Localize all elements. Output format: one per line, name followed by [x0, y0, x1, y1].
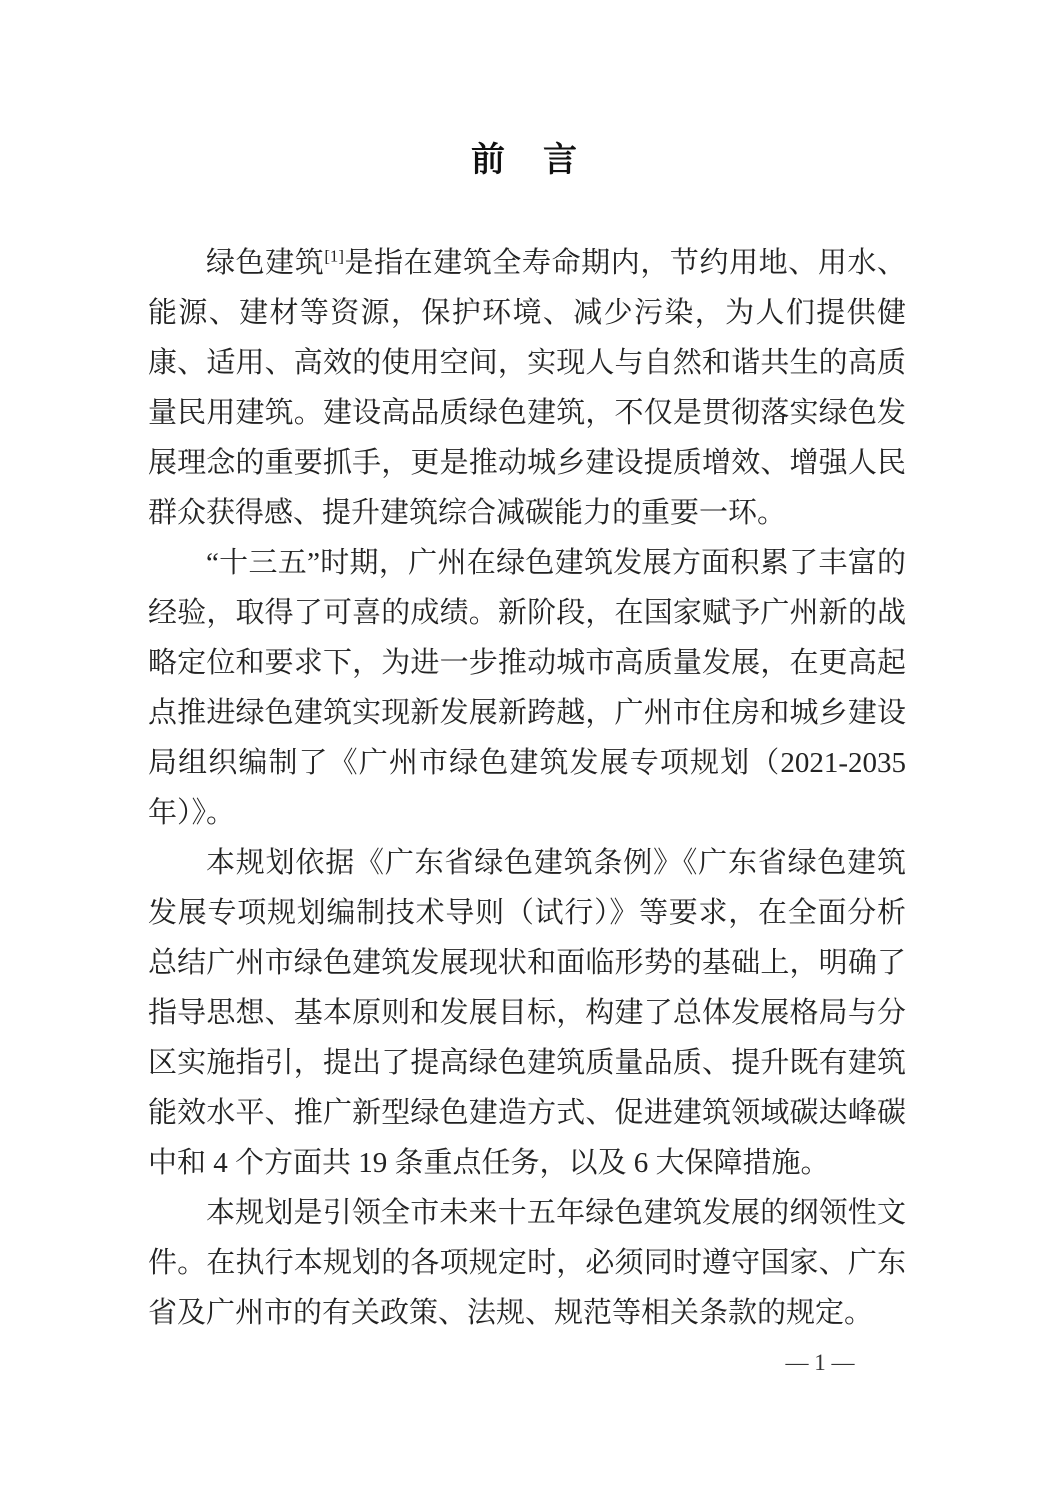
document-page: 前 言 绿色建筑[1]是指在建筑全寿命期内，节约用地、用水、能源、建材等资源，保…	[0, 0, 1050, 1485]
paragraph-definition-lead: 绿色建筑	[206, 247, 324, 279]
document-body: 绿色建筑[1]是指在建筑全寿命期内，节约用地、用水、能源、建材等资源，保护环境、…	[148, 238, 906, 1338]
paragraph-plan-scope: 本规划是引领全市未来十五年绿色建筑发展的纲领性文件。在执行本规划的各项规定时，必…	[148, 1188, 906, 1338]
footnote-reference-1: [1]	[324, 246, 344, 265]
paragraph-plan-basis: 本规划依据《广东省绿色建筑条例》《广东省绿色建筑发展专项规划编制技术导则（试行）…	[148, 838, 906, 1188]
page-number: — 1 —	[786, 1350, 855, 1376]
page-title: 前 言	[0, 132, 1050, 181]
paragraph-thirteenth-five-plan: “十三五”时期，广州在绿色建筑发展方面积累了丰富的经验，取得了可喜的成绩。新阶段…	[148, 538, 906, 838]
page-footer: — 1 —	[0, 1350, 1050, 1376]
paragraph-definition-text: 是指在建筑全寿命期内，节约用地、用水、能源、建材等资源，保护环境、减少污染，为人…	[148, 247, 906, 529]
paragraph-definition: 绿色建筑[1]是指在建筑全寿命期内，节约用地、用水、能源、建材等资源，保护环境、…	[148, 238, 906, 538]
